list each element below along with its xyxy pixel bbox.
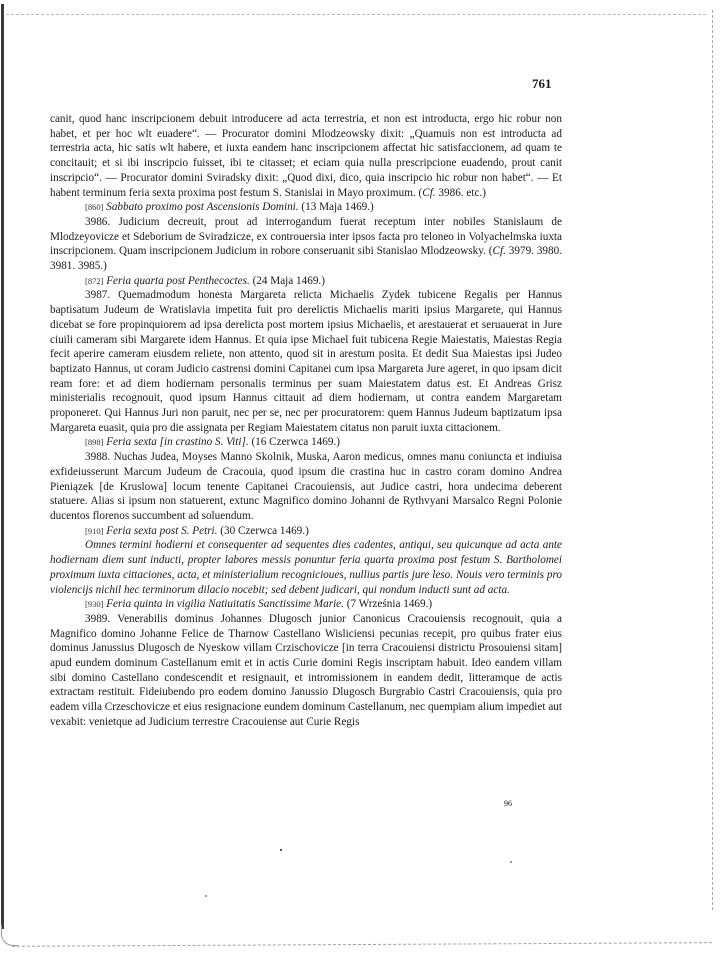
entry-3987: 3987. Quemadmodum honesta Margareta reli… xyxy=(50,288,562,435)
cf-abbrev: Cf. xyxy=(422,187,435,199)
entry-text: Venerabilis dominus Johannes Dlugosch ju… xyxy=(50,613,562,728)
document-body: canit, quod hanc inscripcionem debuit in… xyxy=(50,112,562,730)
entry-3988: 3988. Nuchas Judea, Moyses Manno Skolnik… xyxy=(50,450,562,524)
entry-number: 3987. xyxy=(85,289,110,301)
entry-text: Judicium decreuit, prout ad interrogandu… xyxy=(50,216,562,257)
signature-mark: 96 xyxy=(504,799,512,808)
entry-text: Nuchas Judea, Moyses Manno Skolnik, Musk… xyxy=(50,451,562,522)
feast-day: Feria quarta post Penthecoctes. xyxy=(106,275,250,287)
feast-day: Feria sexta post S. Petri. xyxy=(106,525,217,537)
scan-top-edge xyxy=(6,14,706,15)
feast-day: Feria quinta in vigilia Natiuitatis Sanc… xyxy=(106,598,344,610)
entry-3989: 3989. Venerabilis dominus Johannes Dlugo… xyxy=(50,612,562,730)
date: (7 Września 1469.) xyxy=(344,598,432,610)
date-heading: [898] Feria sexta [in crastino S. Viti].… xyxy=(50,435,562,450)
folio-ref: [872] xyxy=(85,276,103,286)
date-heading: [910] Feria sexta post S. Petri. (30 Cze… xyxy=(50,524,562,539)
date-heading: [872] Feria quarta post Penthecoctes. (2… xyxy=(50,274,562,289)
date-heading: [930] Feria quinta in vigilia Natiuitati… xyxy=(50,597,562,612)
scan-corner xyxy=(1,925,18,946)
scan-left-edge xyxy=(1,4,4,929)
folio-ref: [910] xyxy=(85,526,103,536)
date: (13 Maja 1469.) xyxy=(299,201,374,213)
entry-3986: 3986. Judicium decreuit, prout ad interr… xyxy=(50,215,562,274)
date-heading: [860] Sabbato proximo post Ascensionis D… xyxy=(50,200,562,215)
cf-abbrev: Cf. xyxy=(493,245,506,257)
entry-number: 3988. xyxy=(85,451,110,463)
entry-number: 3989. xyxy=(85,613,110,625)
page-number: 761 xyxy=(532,76,552,92)
scan-right-edge xyxy=(712,10,713,910)
paragraph-continuation: canit, quod hanc inscripcionem debuit in… xyxy=(50,112,562,200)
folio-ref: [930] xyxy=(85,599,103,609)
cross-reference: 3986. etc.) xyxy=(436,187,486,199)
folio-ref: [860] xyxy=(85,202,103,212)
italic-note: Omnes termini hodierni et consequenter a… xyxy=(50,538,562,597)
scan-bottom-edge xyxy=(12,942,712,947)
date: (30 Czerwca 1469.) xyxy=(217,525,308,537)
feast-day: Sabbato proximo post Ascensionis Domini. xyxy=(106,201,298,213)
feast-day: Feria sexta [in crastino S. Viti]. xyxy=(106,436,248,448)
date: (16 Czerwca 1469.) xyxy=(249,436,340,448)
scan-speck xyxy=(510,861,512,863)
entry-number: 3986. xyxy=(85,216,110,228)
date: (24 Maja 1469.) xyxy=(250,275,325,287)
entry-text: Quemadmodum honesta Margareta relicta Mi… xyxy=(50,289,562,433)
folio-ref: [898] xyxy=(85,437,103,447)
scan-speck xyxy=(280,849,282,851)
scan-speck xyxy=(205,895,207,897)
